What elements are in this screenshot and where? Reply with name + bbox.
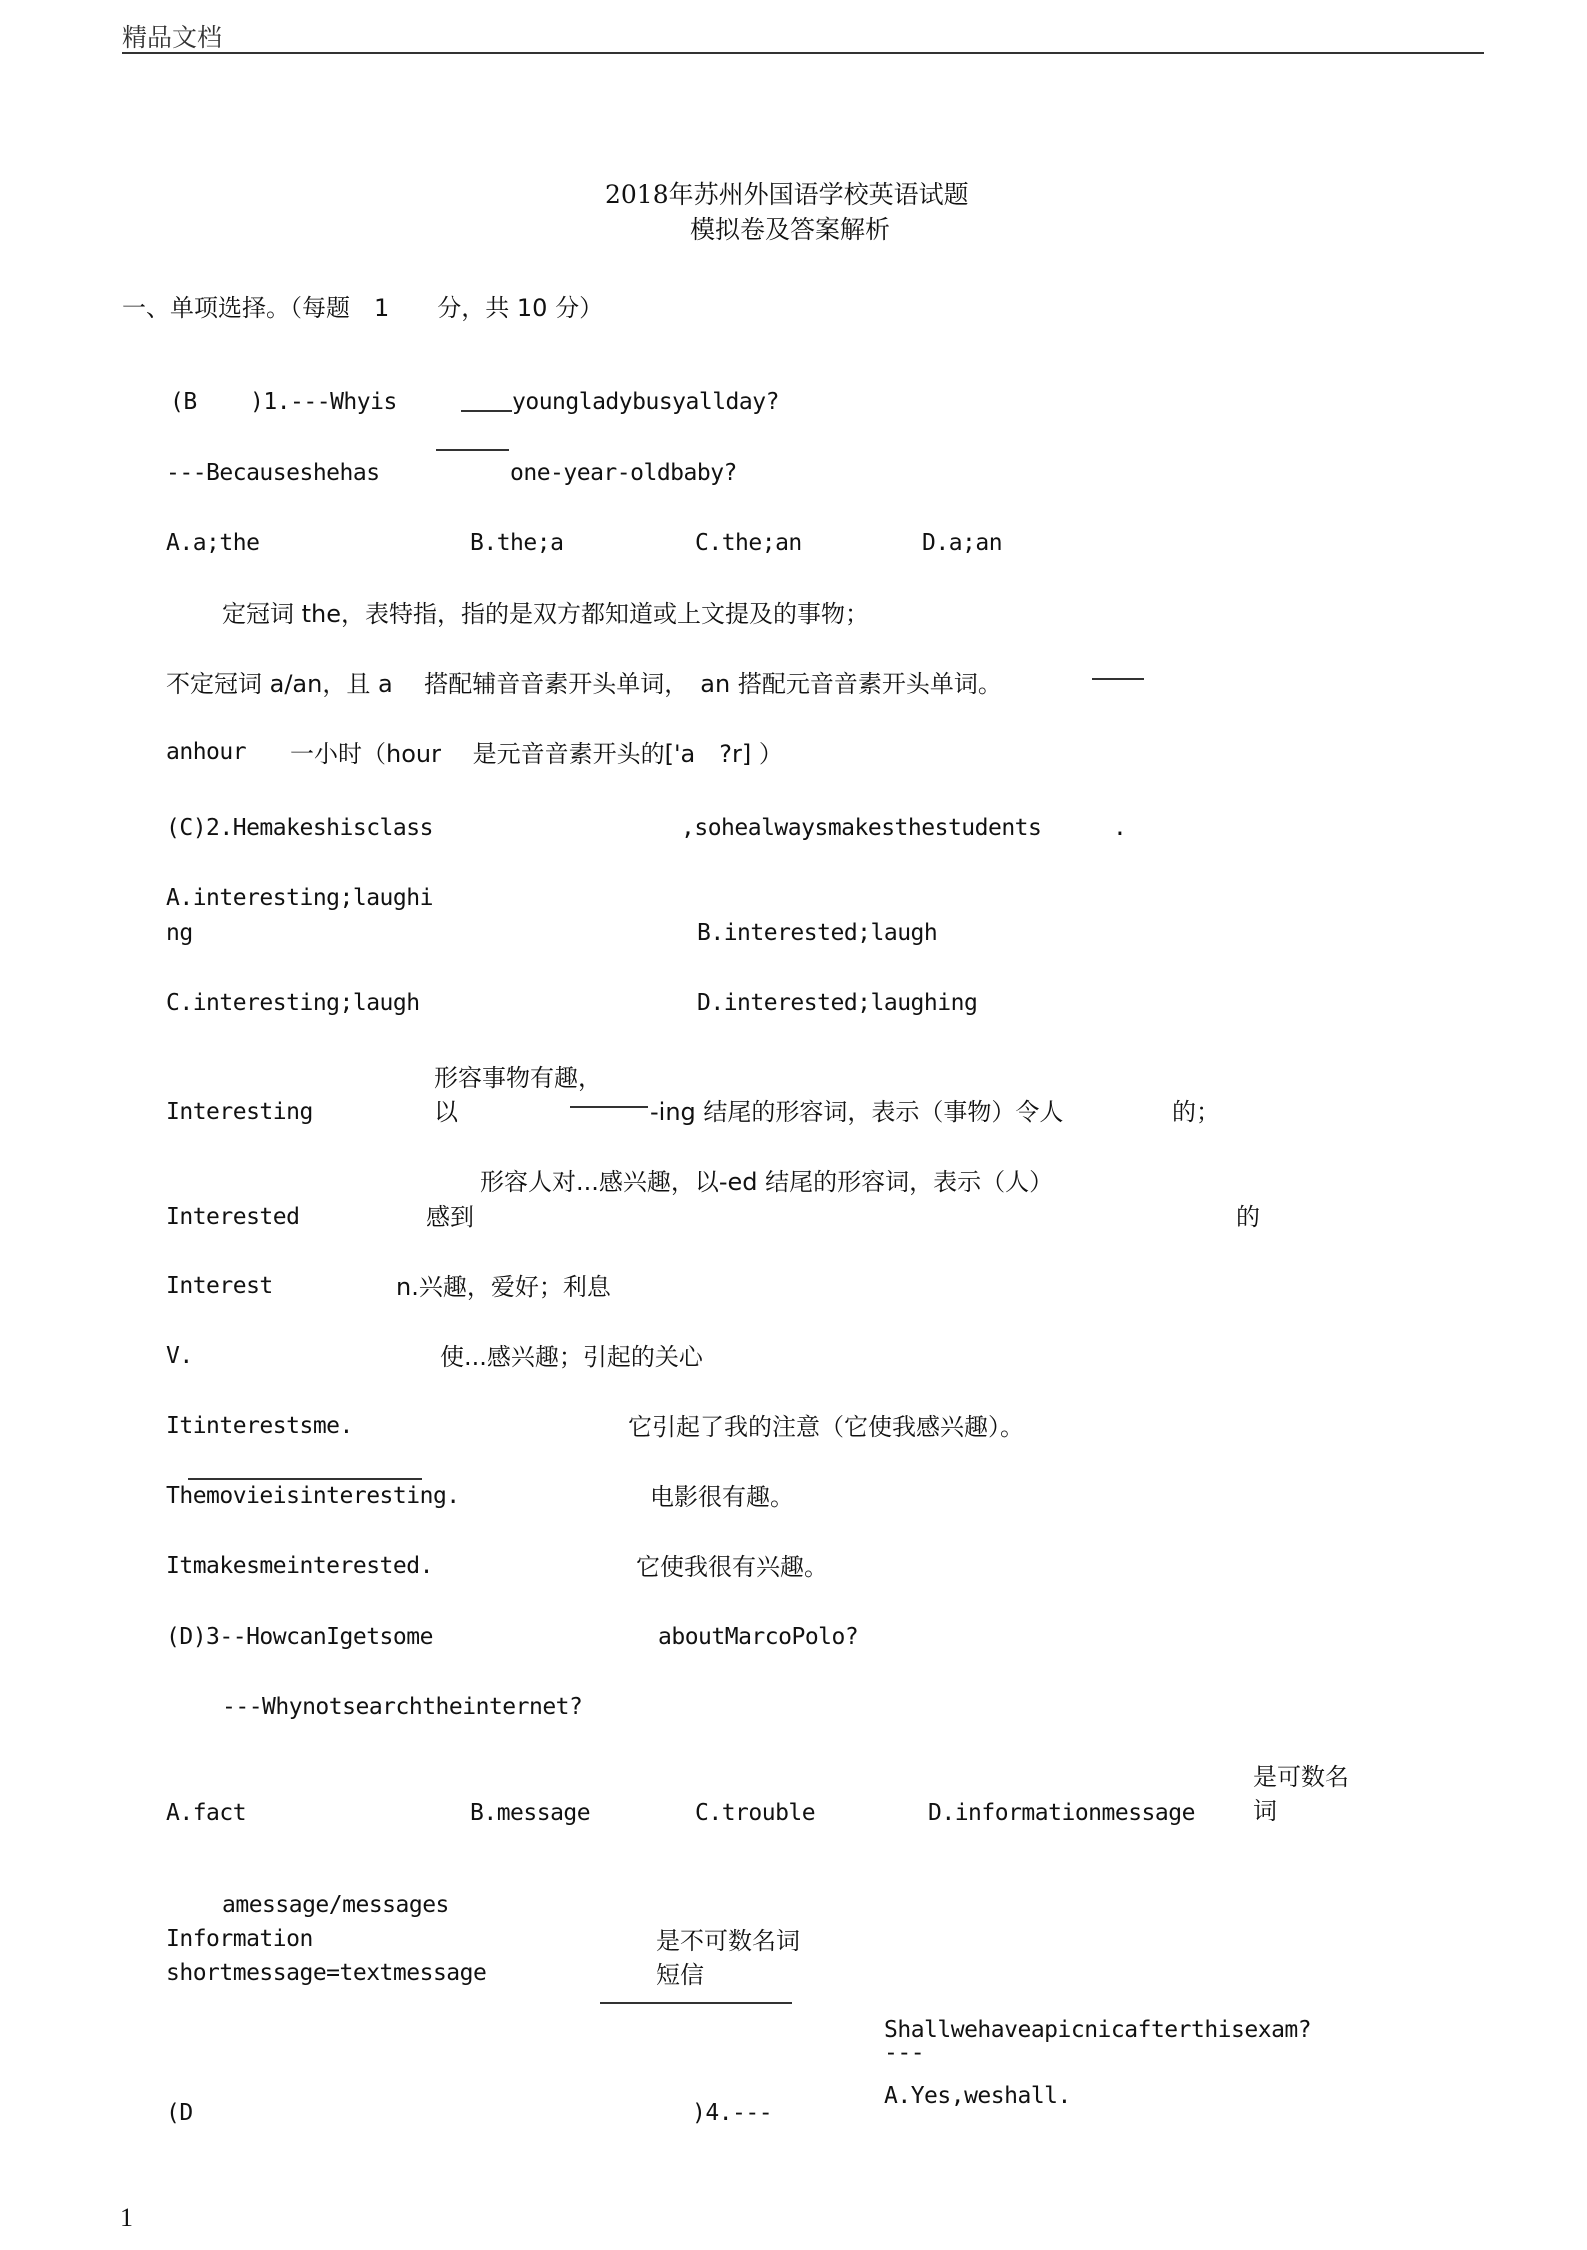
q1-blank-2 xyxy=(436,449,509,451)
note-verb-def: 使...感兴趣；引起的关心 xyxy=(440,1337,703,1372)
q1-reply-b: one-year-oldbaby? xyxy=(510,460,737,486)
example-2-en: Themovieisinteresting. xyxy=(166,1483,460,1509)
document-title-line1: 2018年苏州外国语学校英语试题 xyxy=(605,175,969,211)
q3-stem: (D)3--HowcanIgetsome xyxy=(166,1624,433,1650)
q2-stem-rest: ,sohealwaysmakesthestudents xyxy=(681,815,1041,841)
q3-note-line1: amessage/messages xyxy=(222,1892,449,1918)
section-heading: 一、单项选择。（每题 1 分，共 10 分） xyxy=(122,288,603,323)
note-term-interest: Interest xyxy=(166,1273,273,1299)
q3-option-b: B.message xyxy=(470,1800,590,1826)
q3-option-c: C.trouble xyxy=(695,1800,815,1826)
q1-explanation-1: 定冠词 the，表特指，指的是双方都知道或上文提及的事物； xyxy=(222,594,869,629)
q1-number-stem: )1.---Whyis xyxy=(250,389,397,415)
header-label: 精品文档 xyxy=(122,18,222,54)
example-2-overline xyxy=(188,1478,422,1480)
q4-dashes: --- xyxy=(884,2040,924,2066)
q2-option-b: B.interested;laugh xyxy=(697,920,937,946)
q4-blank-line xyxy=(600,2002,792,2004)
page-number: 1 xyxy=(120,2203,133,2233)
q3-option-a: A.fact xyxy=(166,1800,246,1826)
note-interest-def: n.兴趣，爱好；利息 xyxy=(396,1267,611,1302)
q3-note-line3-en: shortmessage=textmessage xyxy=(166,1960,486,1986)
q4-question: Shallwehaveapicnicafterthisexam? xyxy=(884,2017,1311,2043)
q3-side-note-1: 是可数名 xyxy=(1253,1757,1349,1792)
q1-explanation-2: 不定冠词 a/an，且 a 搭配辅音音素开头单词， an 搭配元音音素开头单词。 xyxy=(166,664,1002,699)
note-term-interested: Interested xyxy=(166,1204,299,1230)
note-interested-line1: 形容人对...感兴趣，以-ed 结尾的形容词，表示（人） xyxy=(480,1162,1053,1197)
example-2-zh: 电影很有趣。 xyxy=(650,1477,794,1512)
note-term-verb: V. xyxy=(166,1343,193,1369)
q4-number: )4.--- xyxy=(692,2100,772,2126)
q3-note-line2-zh: 是不可数名词 xyxy=(656,1921,800,1956)
q1-option-b: B.the;a xyxy=(470,530,563,556)
note-interesting-dash xyxy=(570,1106,648,1108)
note-interesting-line2b: -ing 结尾的形容词，表示（事物）令人 xyxy=(650,1092,1063,1127)
example-3-en: Itmakesmeinterested. xyxy=(166,1553,433,1579)
example-1-en: Itinterestsme. xyxy=(166,1413,353,1439)
q2-stem: (C)2.Hemakeshisclass xyxy=(166,815,433,841)
q2-option-c: C.interesting;laugh xyxy=(166,990,420,1016)
example-3-zh: 它使我很有兴趣。 xyxy=(636,1547,828,1582)
q2-option-d: D.interested;laughing xyxy=(697,990,977,1016)
q2-option-a-wrap: ng xyxy=(166,920,193,946)
q1-option-c: C.the;an xyxy=(695,530,802,556)
q1-option-a: A.a;the xyxy=(166,530,259,556)
q3-stem-rest: aboutMarcoPolo? xyxy=(658,1624,858,1650)
q3-reply: ---Whynotsearchtheinternet? xyxy=(222,1694,582,1720)
q1-explanation-3: anhour xyxy=(166,739,246,765)
note-interesting-line2a: 以 xyxy=(434,1092,458,1127)
q2-stem-end: . xyxy=(1113,815,1126,841)
q1-answer: (B xyxy=(170,389,197,415)
q3-note-line3-zh: 短信 xyxy=(656,1955,704,1990)
q2-option-a: A.interesting;laughi xyxy=(166,885,433,911)
q1-stem-rest: youngladybusyallday? xyxy=(512,389,779,415)
q4-option-a: A.Yes,weshall. xyxy=(884,2083,1071,2109)
example-1-zh: 它引起了我的注意（它使我感兴趣）。 xyxy=(628,1407,1024,1442)
note-term-interesting: Interesting xyxy=(166,1099,313,1125)
note-interested-line2a: 感到 xyxy=(426,1197,474,1232)
q1-explanation-dash xyxy=(1092,678,1144,680)
q1-option-d: D.a;an xyxy=(922,530,1002,556)
q3-note-line2-en: Information xyxy=(166,1926,313,1952)
q3-side-note-2: 词 xyxy=(1253,1791,1277,1826)
q1-explanation-4: 一小时（hour 是元音音素开头的['a ?r] ） xyxy=(290,734,783,769)
note-interested-line2c: 的 xyxy=(1236,1197,1260,1232)
q1-blank-1 xyxy=(461,410,512,412)
header-rule xyxy=(122,52,1484,54)
q3-option-d: D.informationmessage xyxy=(928,1800,1195,1826)
q1-reply-a: ---Becauseshehas xyxy=(166,460,380,486)
note-interesting-line1: 形容事物有趣， xyxy=(434,1058,602,1093)
document-title-line2: 模拟卷及答案解析 xyxy=(690,210,890,246)
note-interesting-line2c: 的； xyxy=(1172,1092,1220,1127)
q4-answer: (D xyxy=(166,2100,193,2126)
